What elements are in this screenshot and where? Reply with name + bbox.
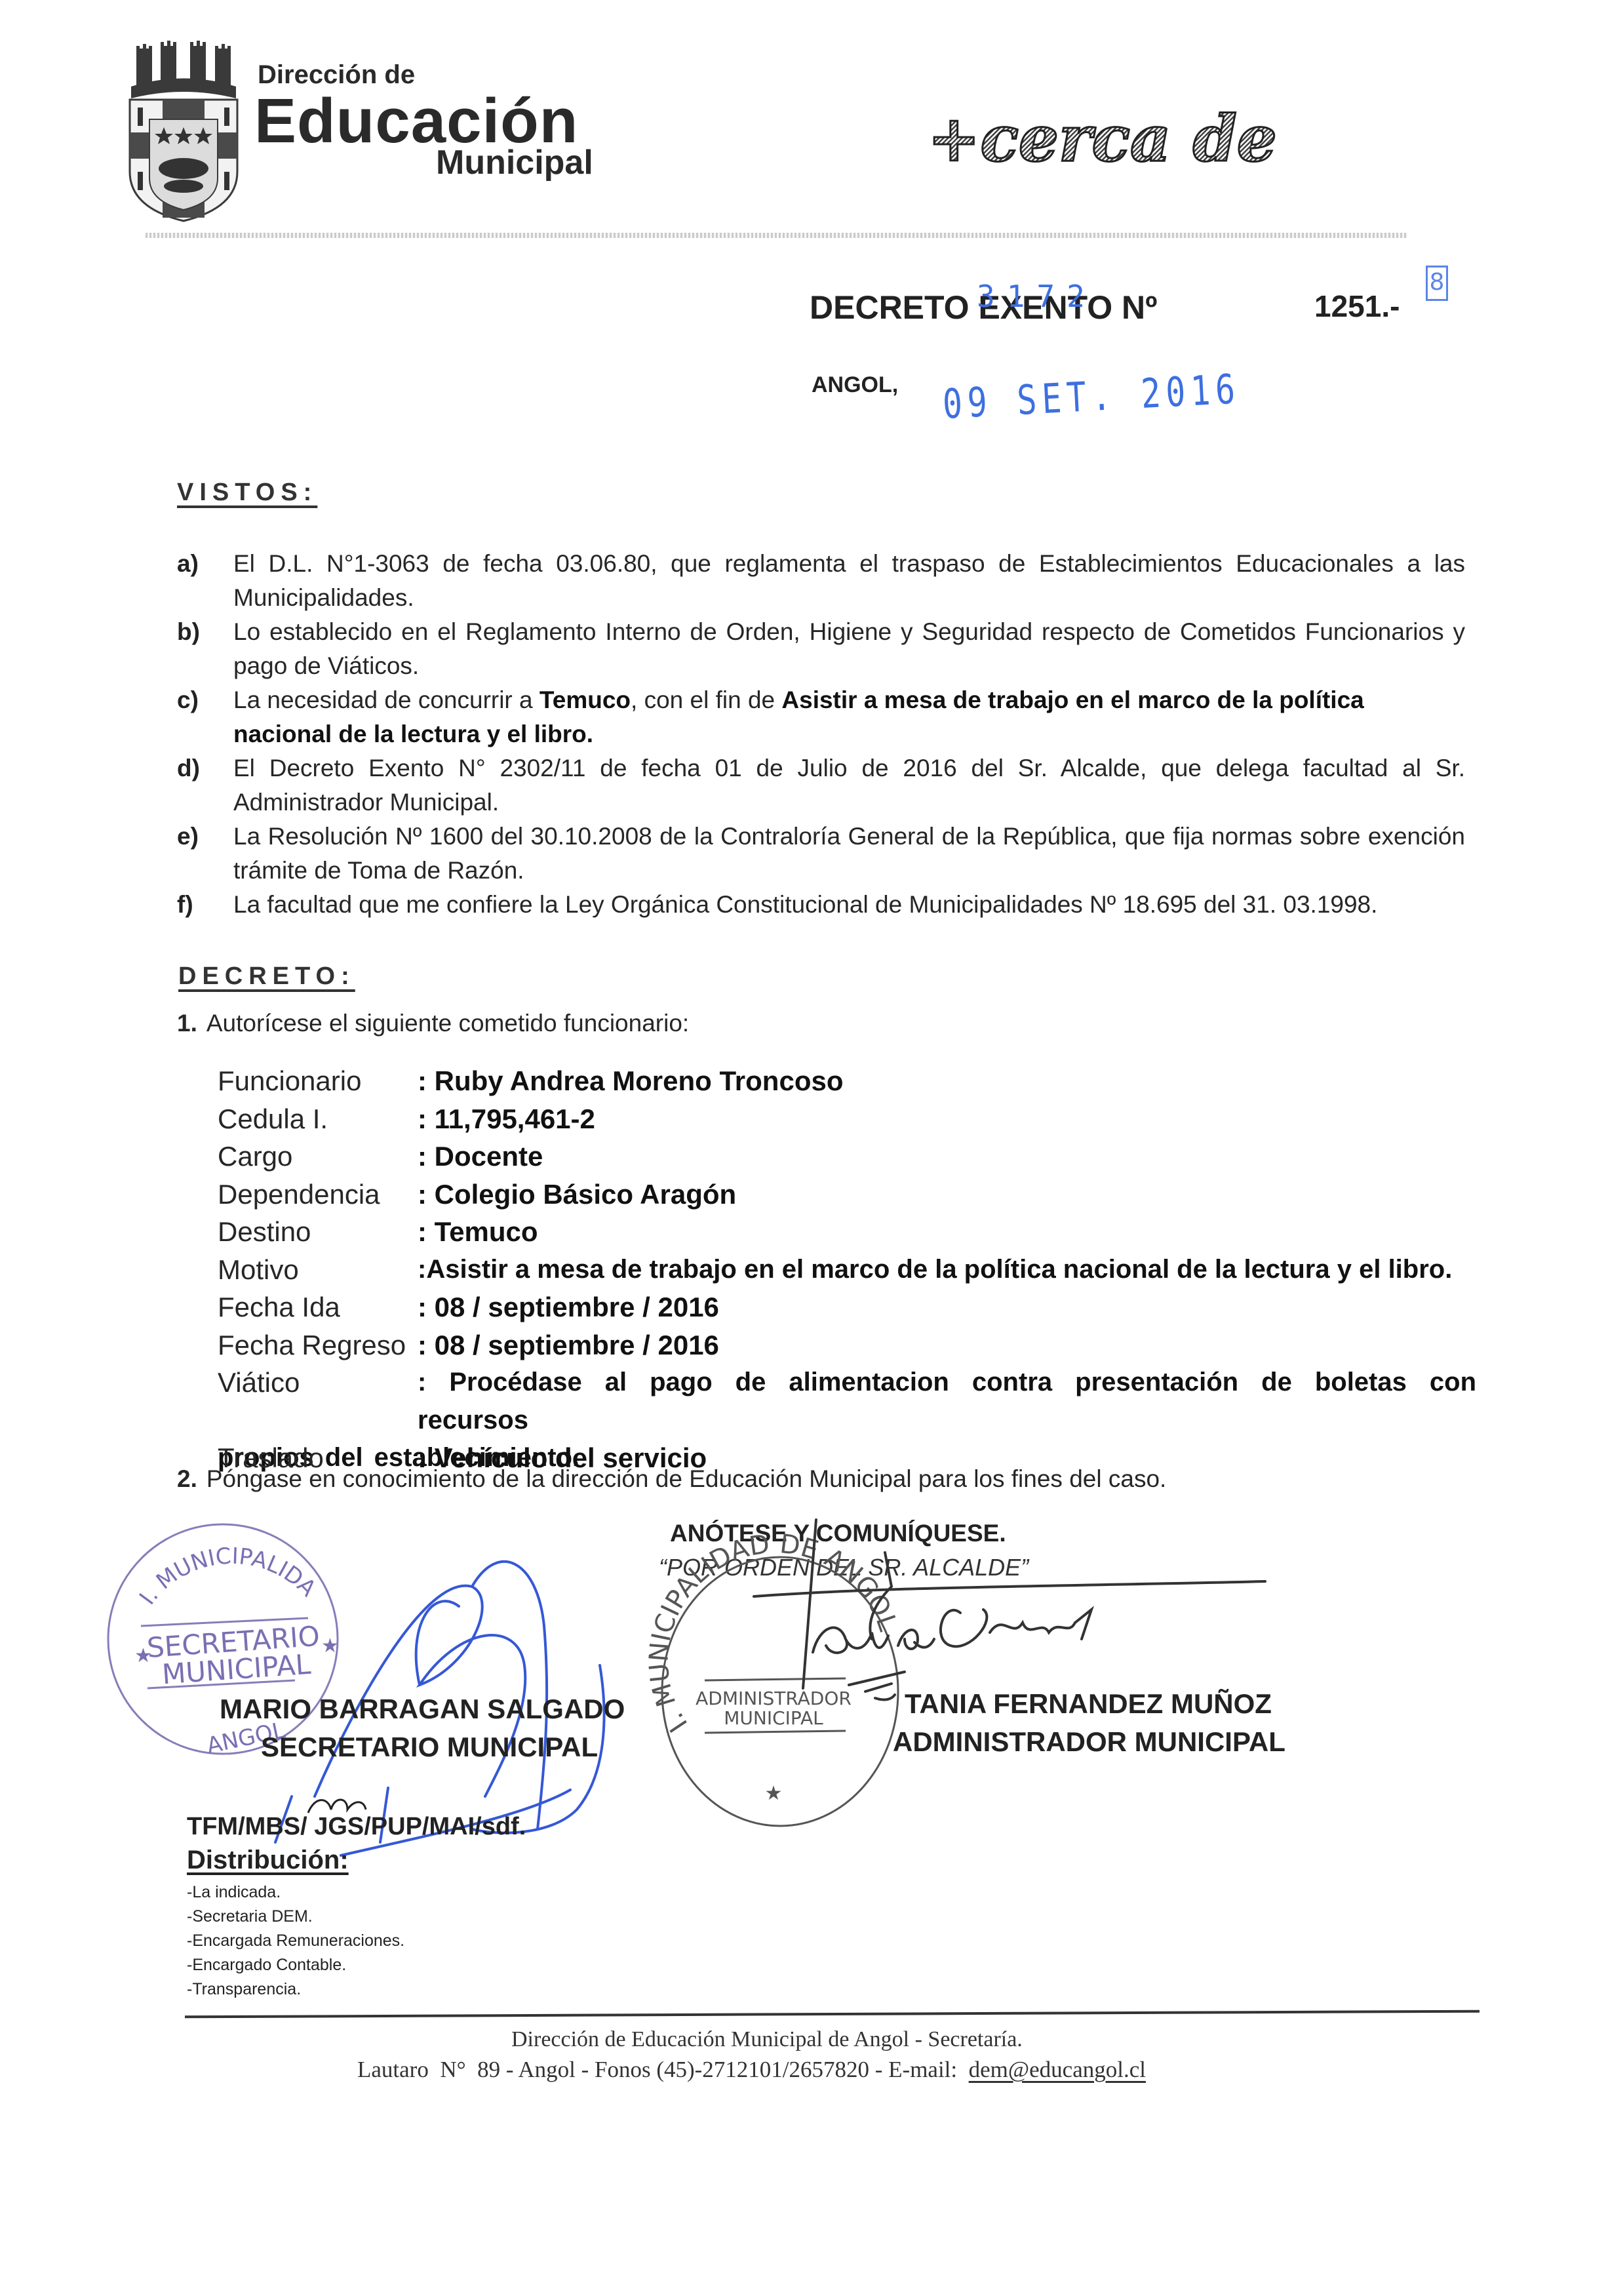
item-label: a)	[177, 547, 199, 581]
box-stamp: 8	[1426, 266, 1448, 301]
field-value-line1: : Procédase al pago de alimentacion cont…	[418, 1368, 1476, 1435]
vistos-item: a) El D.L. N°1-3063 de fecha 03.06.80, q…	[177, 547, 1465, 615]
item-text: Póngase en conocimiento de la dirección …	[206, 1465, 1166, 1492]
vistos-item: f) La facultad que me confiere la Ley Or…	[177, 888, 1465, 922]
item-label: c)	[177, 683, 199, 717]
field-label: Viático	[218, 1364, 300, 1402]
decreto-item-1: 1.Autorícese el siguiente cometido funci…	[177, 1010, 689, 1037]
vistos-item: d) El Decreto Exento N° 2302/11 de fecha…	[177, 751, 1465, 820]
administrator-stamp-line1: ADMINISTRADOR	[696, 1688, 852, 1709]
administrator-stamp-icon	[662, 1557, 898, 1826]
decreto-heading: DECRETO:	[178, 962, 355, 991]
distribution-item: -Transparencia.	[187, 1977, 404, 2002]
secretary-stamp-line1: SECRETARIO	[146, 1620, 321, 1664]
item-text: La facultad que me confiere la Ley Orgán…	[233, 891, 1377, 918]
footer-separator	[185, 2010, 1480, 2019]
svg-text:★: ★	[134, 1645, 152, 1667]
decreto-item-2: 2.Póngase en conocimiento de la direcció…	[177, 1465, 1166, 1493]
date-stamp: 09 SET. 2016	[941, 365, 1242, 428]
secretary-role: SECRETARIO MUNICIPAL	[261, 1732, 598, 1763]
item-text: , con el fin de	[631, 686, 781, 713]
field-label: Motivo	[218, 1251, 299, 1289]
footer-contact: Lautaro N° 89 - Angol - Fonos (45)-27121…	[357, 2057, 1146, 2083]
item-text: El D.L. N°1-3063 de fecha 03.06.80, que …	[233, 550, 1465, 611]
distribution-item: -Encargada Remuneraciones.	[187, 1929, 404, 1953]
secretary-stamp-line2: MUNICIPAL	[161, 1648, 313, 1691]
administrator-name: TANIA FERNANDEZ MUÑOZ	[905, 1688, 1272, 1720]
distribution-list: -La indicada. -Secretaria DEM. -Encargad…	[187, 1880, 404, 2002]
municipal-coat-of-arms-icon	[125, 34, 243, 224]
vistos-item: b) Lo establecido en el Reglamento Inter…	[177, 615, 1465, 683]
vistos-heading: VISTOS:	[177, 479, 317, 507]
commission-fields: Funcionario: Ruby Andrea Moreno Troncoso…	[218, 1062, 1476, 1477]
slogan-text: +cerca de ti	[928, 102, 1282, 176]
field-value: : Ruby Andrea Moreno Troncoso	[418, 1062, 843, 1100]
decree-number: 1251.-	[1314, 288, 1400, 324]
destination-text: Temuco	[539, 686, 631, 713]
secretary-name: MARIO BARRAGAN SALGADO	[220, 1693, 625, 1725]
brand-line-3: Municipal	[436, 143, 593, 182]
vistos-item: e) La Resolución Nº 1600 del 30.10.2008 …	[177, 820, 1465, 888]
field-row: Cedula I.: 11,795,461-2	[218, 1100, 1476, 1138]
closing-formula: ANÓTESE Y COMUNÍQUESE.	[670, 1520, 1006, 1547]
field-label: Fecha Regreso	[218, 1326, 406, 1364]
field-label: Cargo	[218, 1138, 292, 1176]
header-separator	[146, 233, 1407, 238]
field-row: Cargo: Docente	[218, 1138, 1476, 1176]
field-label: Dependencia	[218, 1176, 380, 1214]
field-value: :Asistir a mesa de trabajo en el marco d…	[418, 1251, 1452, 1289]
svg-text:★: ★	[321, 1635, 339, 1657]
item-label: e)	[177, 820, 199, 854]
field-row: Funcionario: Ruby Andrea Moreno Troncoso	[218, 1062, 1476, 1100]
field-label: Fecha Ida	[218, 1288, 340, 1326]
decree-number-stamp: 3172	[977, 279, 1097, 314]
item-text: La Resolución Nº 1600 del 30.10.2008 de …	[233, 823, 1465, 884]
distribution-item: -Encargado Contable.	[187, 1953, 404, 1977]
field-label: Cedula I.	[218, 1100, 328, 1138]
field-row: Motivo:Asistir a mesa de trabajo en el m…	[218, 1251, 1476, 1289]
reference-initials: TFM/MBS/ JGS/PUP/MAI/sdf.	[187, 1813, 526, 1841]
distribution-item: -La indicada.	[187, 1880, 404, 1905]
footer-address: Lautaro N° 89 - Angol - Fonos (45)-27121…	[357, 2057, 969, 2082]
slogan-logo: +cerca de ti	[914, 92, 1282, 184]
field-value: : Docente	[418, 1138, 543, 1176]
field-row: Dependencia: Colegio Básico Aragón	[218, 1176, 1476, 1214]
vistos-list: a) El D.L. N°1-3063 de fecha 03.06.80, q…	[177, 547, 1465, 922]
administrator-role: ADMINISTRADOR MUNICIPAL	[893, 1726, 1285, 1758]
field-value: : 08 / septiembre / 2016	[418, 1288, 719, 1326]
administrator-stamp-line2: MUNICIPAL	[724, 1707, 823, 1729]
svg-text:★: ★	[765, 1783, 783, 1804]
field-row: Fecha Ida: 08 / septiembre / 2016	[218, 1288, 1476, 1326]
field-row: Fecha Regreso: 08 / septiembre / 2016	[218, 1326, 1476, 1364]
item-text: El Decreto Exento N° 2302/11 de fecha 01…	[233, 755, 1465, 816]
field-value: : Colegio Básico Aragón	[418, 1176, 736, 1214]
field-value: : 08 / septiembre / 2016	[418, 1326, 719, 1364]
field-value: : 11,795,461-2	[418, 1100, 595, 1138]
item-text: Lo establecido en el Reglamento Interno …	[233, 618, 1465, 679]
item-number: 2.	[177, 1465, 197, 1492]
field-value: : Temuco	[418, 1213, 538, 1251]
item-label: d)	[177, 751, 200, 785]
by-order-of-mayor: “POR ORDEN DEL SR. ALCALDE”	[659, 1554, 1029, 1581]
field-row: Viático : Procédase al pago de alimentac…	[218, 1364, 1476, 1439]
item-number: 1.	[177, 1010, 197, 1037]
city: ANGOL,	[812, 372, 898, 398]
distribution-heading: Distribución:	[187, 1846, 349, 1875]
vistos-item: c) La necesidad de concurrir a Temuco, c…	[177, 683, 1465, 751]
distribution-item: -Secretaria DEM.	[187, 1905, 404, 1929]
field-label: Funcionario	[218, 1062, 361, 1100]
initials-mark-icon	[308, 1800, 366, 1813]
field-row: Destino: Temuco	[218, 1213, 1476, 1251]
item-label: f)	[177, 888, 193, 922]
field-label: Destino	[218, 1213, 311, 1251]
item-text: Autorícese el siguiente cometido funcion…	[206, 1010, 689, 1037]
item-label: b)	[177, 615, 200, 649]
footer-office: Dirección de Educación Municipal de Ango…	[511, 2027, 1023, 2052]
item-text: La necesidad de concurrir a	[233, 686, 539, 713]
footer-email-link[interactable]: dem@educangol.cl	[969, 2057, 1146, 2082]
